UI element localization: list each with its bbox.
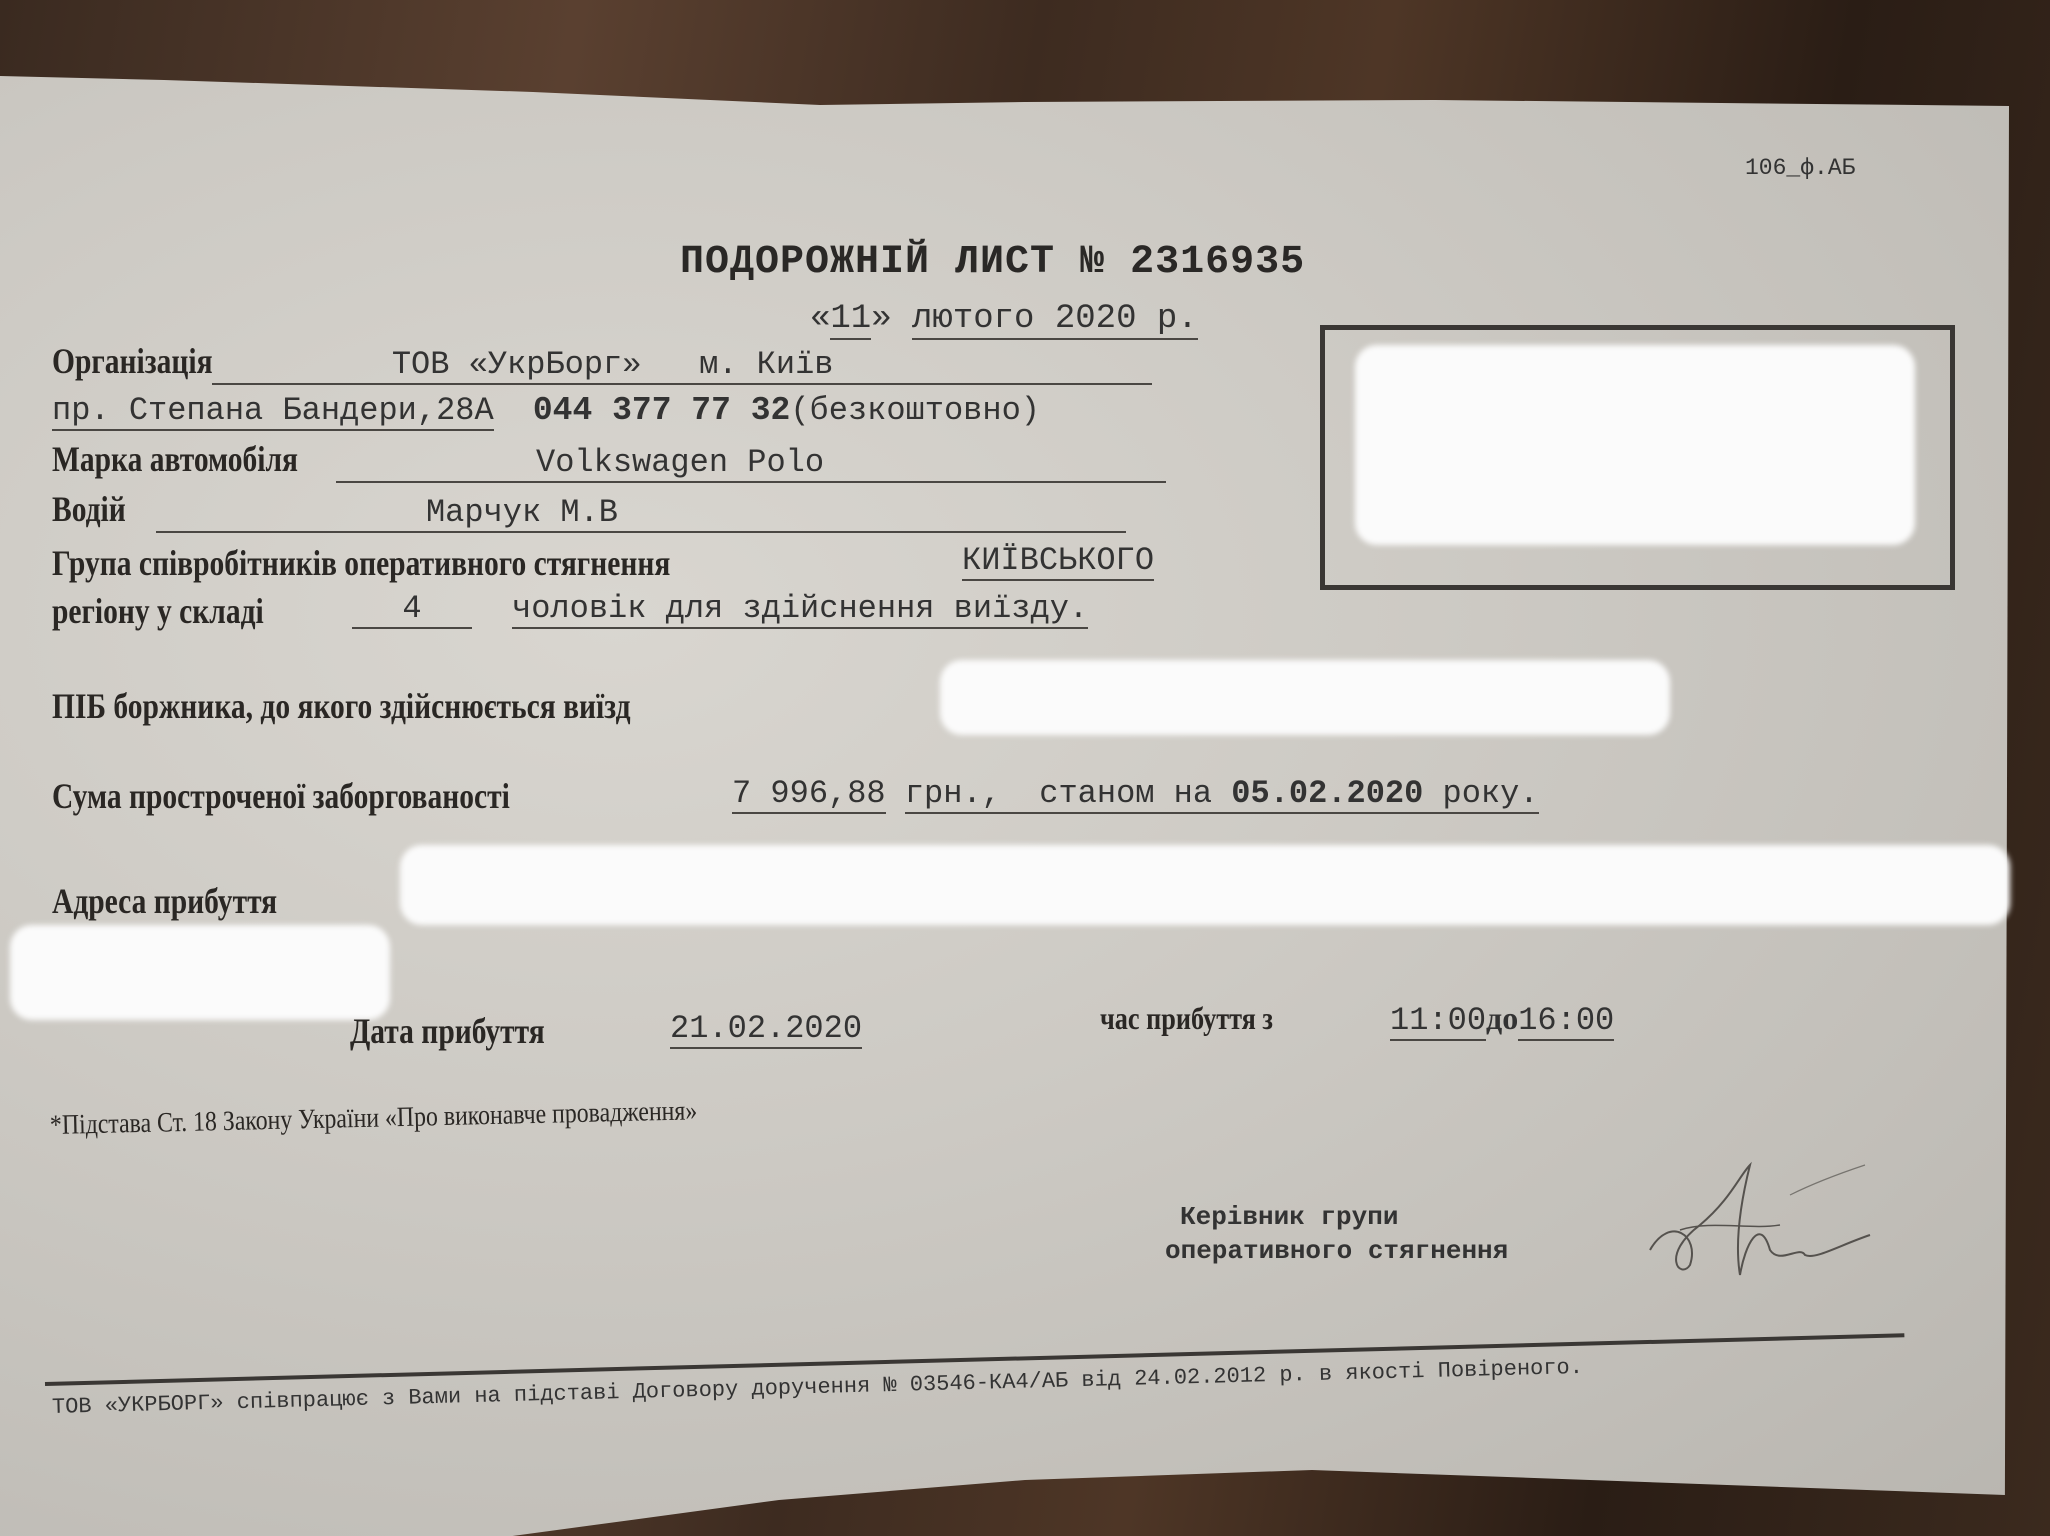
- debt-amount: 7 996,88: [732, 775, 886, 814]
- organization-phone: 044 377 77 32: [533, 392, 790, 429]
- driver-label: Водій: [52, 488, 126, 530]
- driver-value: Марчук М.В: [156, 494, 1126, 533]
- debtor-redaction: [940, 660, 1670, 735]
- legal-basis-text: *Підстава Ст. 18 Закону України «Про вик…: [50, 1095, 698, 1142]
- date-month-year: лютого 2020 р.: [912, 300, 1198, 340]
- driver-row: Водій Марчук М.В: [52, 488, 1126, 533]
- arrival-time-label: час прибуття з: [1100, 1000, 1273, 1037]
- group-region: КИЇВСЬКОГО: [962, 542, 1154, 581]
- organization-address: пр. Степана Бандери,28А: [52, 392, 494, 431]
- debt-currency: грн.,: [905, 775, 1001, 812]
- group-size-row: регіону у складі 4 чоловік для здійсненн…: [52, 590, 310, 632]
- group-suffix: чоловік для здійснення виїзду.: [512, 590, 1088, 629]
- debt-as-of-label: станом на: [1039, 775, 1212, 812]
- stamp-redaction: [1355, 345, 1915, 545]
- debt-details: грн., станом на 05.02.2020 року.: [905, 775, 1539, 814]
- debt-label: Сума простроченої заборгованості: [52, 775, 510, 817]
- document-title: ПОДОРОЖНІЙ ЛИСТ № 2316935: [680, 240, 1305, 285]
- arrival-date: 21.02.2020: [670, 1010, 862, 1049]
- travel-sheet-document: 106_ф.АБ ПОДОРОЖНІЙ ЛИСТ № 2316935 «11» …: [0, 0, 2050, 1536]
- debt-year-word: року.: [1443, 775, 1539, 812]
- arrival-time-from: 11:00: [1390, 1002, 1486, 1041]
- form-code: 106_ф.АБ: [1745, 155, 1855, 181]
- address-row: Адреса прибуття: [52, 880, 327, 922]
- debt-row: Сума простроченої заборгованості 7 996,8…: [52, 775, 610, 817]
- organization-city: м. Київ: [699, 346, 833, 383]
- car-label: Марка автомобіля: [52, 438, 298, 480]
- car-value: Volkswagen Polo: [336, 444, 1166, 483]
- arrival-time-row: час прибуття з 11:00до16:00: [1100, 1000, 1311, 1037]
- signature-icon: [1640, 1155, 1880, 1285]
- debtor-row: ПІБ боржника, до якого здійснюється виїз…: [52, 685, 758, 727]
- organization-name: ТОВ «УкрБорг»: [392, 346, 642, 383]
- car-row: Марка автомобіля Volkswagen Polo: [52, 438, 1166, 483]
- signer-line1: Керівник групи: [1165, 1200, 1508, 1234]
- debtor-label: ПІБ боржника, до якого здійснюється виїз…: [52, 685, 631, 727]
- signer-line2: оперативного стягнення: [1165, 1234, 1508, 1268]
- organization-row: Організація ТОВ «УкрБорг» м. Київ: [52, 340, 1152, 385]
- group-row: Група співробітників оперативного стягне…: [52, 542, 806, 584]
- arrival-date-label: Дата прибуття: [350, 1010, 545, 1052]
- group-label: Група співробітників оперативного стягне…: [52, 542, 670, 584]
- signer-block: Керівник групи оперативного стягнення: [1165, 1200, 1508, 1268]
- debt-as-of-date: 05.02.2020: [1231, 775, 1423, 812]
- arrival-to-label: до: [1486, 1000, 1518, 1036]
- group-size-label: регіону у складі: [52, 590, 264, 632]
- organization-value: ТОВ «УкрБорг» м. Київ: [212, 346, 1152, 385]
- arrival-time-to: 16:00: [1518, 1002, 1614, 1041]
- legal-basis-footnote: *Підстава Ст. 18 Закону України «Про вик…: [50, 1093, 812, 1142]
- group-count: 4: [352, 590, 472, 629]
- organization-phone-note: (безкоштовно): [790, 392, 1040, 429]
- address-redaction-2: [10, 925, 390, 1020]
- organization-label: Організація: [52, 340, 213, 382]
- address-redaction: [400, 845, 2010, 925]
- address-label: Адреса прибуття: [52, 880, 277, 922]
- organization-address-row: пр. Степана Бандери,28А 044 377 77 32(бе…: [52, 392, 1040, 431]
- document-date: «11» лютого 2020 р.: [810, 300, 1198, 340]
- date-day: 11: [830, 300, 871, 340]
- arrival-date-row: Дата прибуття 21.02.2020: [350, 1010, 587, 1052]
